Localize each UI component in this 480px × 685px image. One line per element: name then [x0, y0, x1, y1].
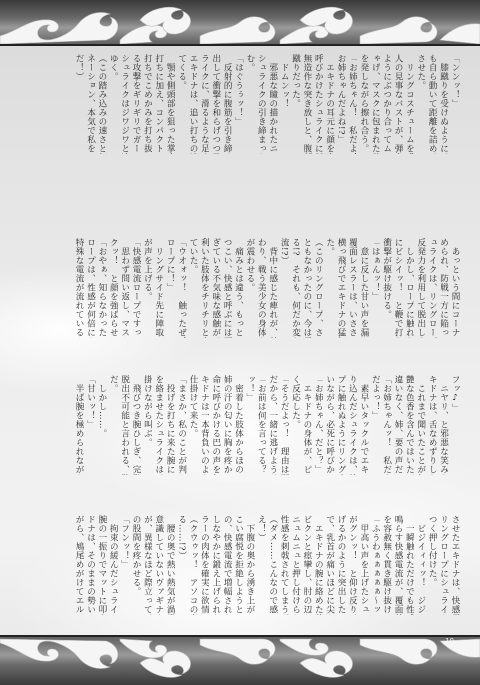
text-column: がグンッ！ と仰け反り、天を突き上 — [346, 515, 357, 615]
text-column: ッ！」 — [244, 375, 255, 475]
text-column: ビジイィィッ！ ジジイィィ～ッ！ — [414, 515, 425, 615]
text-column: 「お前は何を言ってる？ 試合中だぞ — [255, 375, 266, 475]
text-column: ともなかったのに、今は電気が流れて — [301, 238, 312, 338]
text-column: 仕掛けて来た。 — [187, 375, 198, 475]
text-column: 「お姉ちゃん、だと？」 — [312, 375, 323, 475]
text-column: これまで聞いたことが無いような妖 — [414, 375, 425, 475]
text-column: 姉の汗の匂いに胸を疼かせながら、懸 — [221, 375, 232, 475]
text-tier-2: あっという間にコーナーまで追い詰 められ、防戦一方に陥ってしまったシ ュライクは… — [52, 238, 460, 338]
text-column: 打ちでこめかみを打ち抜こうとしてく — [141, 54, 152, 154]
text-column: お姉ちゃんだよね!?」 — [335, 54, 346, 154]
text-column: ビクンと痙攣し、肘の辺りに秘部がム — [301, 515, 312, 615]
text-column: わり、戦う美少女の身体を妖しい波紋 — [255, 238, 266, 338]
text-column: リングコスチュームを盛り上げた二 — [403, 54, 414, 154]
text-column: を容赦無く貫き駆け抜ける。 — [380, 515, 391, 615]
text-column: 密着した肢体からほのかに香り立つ — [232, 375, 243, 475]
text-column: 半ば腕を極められながら身体を旋回 — [73, 375, 84, 475]
text-column: 一瞬触れただけでも性感神経を掻き — [403, 515, 414, 615]
text-tier-1: 「ンンッ！」 膝蹴りを受けぬように、シュライク も自ら動いて距離を詰め、身体を密… — [52, 54, 460, 154]
text-column: （クウゥッ！ アソコの奥が、震えて — [187, 515, 198, 615]
text-column: 利いた肢体をチリチリと火照らせ始め — [198, 238, 209, 338]
text-column: しかし、ロープに触れた瞬間、背中 — [403, 238, 414, 338]
text-column: エキドナの身体が、ピクッ、と小さ — [301, 375, 312, 475]
text-column: だ。 — [107, 375, 118, 475]
text-column: 邪悪な瞳の描かれたニーパッドが、 — [266, 54, 277, 154]
text-column: 下腹の奥から湧き上がってくる粘っ — [244, 515, 255, 615]
page-number: 10 — [445, 637, 454, 645]
text-column: しなやかに鍛え上げられた美少女レス — [209, 515, 220, 615]
text-column: 艶な色香を含んではいたが、それは間 — [403, 375, 414, 475]
text-column: が、異様なほど際立って、覆面美少女 — [141, 515, 152, 615]
text-column: の、快感電流で増幅された性感の炎は、 — [221, 515, 232, 615]
text-column: エキドナの腕に絡めた美脚もビクン — [312, 515, 323, 615]
text-column: ニヤリ、と邪悪な笑みを浮かべたエ — [437, 375, 448, 475]
text-column: 「ふうわぁぁぁぁぁ～ッ!!」 — [369, 515, 380, 615]
text-column: ロープは、性感が何倍にも増幅される — [84, 238, 95, 338]
text-column: つく押し付けた。 — [426, 515, 437, 615]
top-tribal-border — [0, 0, 480, 46]
text-column: く反応した。 — [289, 375, 300, 475]
text-column: ていた。 — [187, 238, 198, 338]
text-column: 出して衝撃を和らげつつ飛び退くシュ — [209, 54, 220, 154]
text-column: 腕の一振りでマットに叩き付けたエキ — [96, 515, 107, 615]
text-column: しかし……。 — [96, 375, 107, 475]
text-column: 命に呼びかける巴の声を無視して、エ — [209, 375, 220, 475]
text-column: を発しながら擦れ合う。 — [357, 54, 368, 154]
text-column: フッ♪」 — [449, 375, 460, 475]
text-column: 無造作な突き放しと、腹部への鋭い膝 — [301, 54, 312, 154]
text-column: プに触れぬようにリング中央で組み合 — [335, 375, 346, 475]
text-column: だから、一緒に逃げよう、ね!?」 — [266, 375, 277, 475]
text-column: 打ちに加え、コンパクトに振り抜く肘 — [152, 54, 163, 154]
text-column: 「はぁんッ！」 — [369, 238, 380, 338]
text-column: させた。 — [414, 54, 425, 154]
text-column: た。 — [323, 238, 334, 338]
text-column: 鳴らす快感電流が、覆面美少女の肢体 — [392, 515, 403, 615]
text-column: ゃげ、マスクに包まれた美貌が摩擦熱 — [369, 54, 380, 154]
text-column: む。 — [244, 54, 255, 154]
text-column: ドムンッ！ — [278, 54, 289, 154]
text-column: 反発力を利用して脱出しようとした。 — [414, 238, 425, 338]
text-column: げるかのように突出したバストの頂点 — [335, 515, 346, 615]
border-edge — [0, 44, 480, 46]
text-column: エキドナは、追い打ちの連打を仕掛け — [187, 54, 198, 154]
text-column: エキドナの耳元に顔を寄せ、必死に — [323, 54, 334, 154]
text-column: つこい、快感と呼ぶには悪意に満ちす — [221, 238, 232, 338]
text-column: てくる。 — [175, 54, 186, 154]
text-column: で、乳首が痛いほどに尖り勃った。 — [323, 515, 334, 615]
text-column: シュライクはジワジワと追い込まれて — [118, 54, 129, 154]
text-column: 「そうだよっ！ 理由は聞かないで — [278, 375, 289, 475]
text-column: させたエキドナは、快感電流の流れる — [449, 515, 460, 615]
text-column: 人の見事なバストが、弾力を競うかの — [392, 54, 403, 154]
text-column: 拘束の緩んだシュライクの身体を、 — [107, 515, 118, 615]
text-column: 思わず問い返し、マスクの下で、ギ — [118, 238, 129, 338]
text-column: が声を上げる。 — [141, 238, 152, 338]
text-column: キドナは、舌なめずりしながら言う。 — [426, 375, 437, 475]
text-column: 痛みとは違う、もっといやらしくす — [232, 238, 243, 338]
text-column: （この踏み込みの速さと打撃のコンビ — [96, 54, 107, 154]
text-column: る攻撃をギリギリでガードしながら、 — [130, 54, 141, 154]
text-column: 脱出不可能と言われる、強力な関節技 — [118, 375, 129, 475]
text-column: 投げを打ちに来た腕にスルリと美脚 — [164, 375, 175, 475]
text-tier-4: させたエキドナは、快感電流の流れる リングロープにシュライクの身体をき つく押し… — [52, 515, 460, 615]
text-column: 「お姉ちゃんッ！ 私だよ！ 巴、巴 — [380, 375, 391, 475]
text-column: （ダメ……こんなので感じちゃ、ダメ — [266, 515, 277, 615]
text-column: いながら、必死に呼びかける。 — [323, 375, 334, 475]
text-column: 「おやぁ、知らなかったのか？ その — [96, 238, 107, 338]
text-column: 衝撃が駆け抜ける。 — [380, 238, 391, 338]
text-column: 甲高い声を上げたシュライクの身体 — [357, 515, 368, 615]
text-column: 飛びつき腕ひしぎ、完璧に決まれば — [130, 375, 141, 475]
text-column: キドナは一本背負いのような投げ技を — [198, 375, 209, 475]
text-column: 「ンンッ！」 — [449, 54, 460, 154]
text-column: 意識していないヴァギナや子宮の存在 — [152, 515, 163, 615]
text-column: だよっ！」 — [369, 375, 380, 475]
text-column: ニュムニュと押し付けられて、余計に — [289, 515, 300, 615]
tribal-ornament-icon — [0, 0, 480, 46]
text-column: の股間を疼かせる。 — [130, 515, 141, 615]
text-column: クッ！ と顔を強ばらせる巴。 — [107, 238, 118, 338]
text-column: ライクに、滑るような足取りで迫った — [198, 54, 209, 154]
text-column: 「はぐうぅッ！」 — [232, 54, 243, 154]
text-column: ュライクは、リングロープに背を預け、 — [426, 238, 437, 338]
text-column: 流!?） — [278, 238, 289, 338]
text-column: も自ら動いて距離を詰め、身体を密着 — [426, 54, 437, 154]
bottom-tribal-border — [0, 635, 480, 685]
text-column: を絡ませたシュライクは、関節技を仕 — [152, 375, 163, 475]
text-column: ネーション、本気で私をＫＯする気 — [84, 54, 95, 154]
text-column: 違いなく、姉、要の声だった。 — [392, 375, 403, 475]
text-column: あっという間にコーナーまで追い詰 — [449, 238, 460, 338]
text-column: ロープに！」 — [164, 238, 175, 338]
text-column: 顎や側頭部を狙った掌底気味の平手 — [164, 54, 175, 154]
text-column: 背中に感じた痺れが、甘い疼きに変 — [266, 238, 277, 338]
text-tier-3: フッ♪」 ニヤリ、と邪悪な笑みを浮かべたエ キドナは、舌なめずりしながら言う。 … — [52, 375, 460, 475]
text-column: リングロープにシュライクの身体をき — [437, 515, 448, 615]
text-column: ゆく。 — [107, 54, 118, 154]
text-column: り込んだシュライクは、快感電流ロー — [346, 375, 357, 475]
text-column: 掛けながら叫ぶ。 — [141, 375, 152, 475]
text-column: 呼びかけたシュライクに対する返答は、 — [312, 54, 323, 154]
text-column: 意に反した甘い声を漏らしながらも、 — [357, 238, 368, 338]
text-column: ぎている不気味な感触が、メリハリの — [209, 238, 220, 338]
text-column: 蹴りだった。 — [289, 54, 300, 154]
text-column: る……!?） — [175, 515, 186, 615]
text-column: 「快感電流ロープですって!?」 — [130, 238, 141, 338]
text-column: ラーの肉体を確実に欲情させてゆく。 — [198, 515, 209, 615]
text-column: 腰の奥で熱い熱気が渦巻き、普段は — [164, 515, 175, 615]
text-column: （このリングロープ、さっきまでは何 — [312, 238, 323, 338]
text-column: リングサイド先に陣取っていた観客 — [152, 238, 163, 338]
text-column: え！） — [255, 515, 266, 615]
text-column: 横っ飛びでエキドナの猛打から脱出し — [335, 238, 346, 338]
text-column: められ、防戦一方に陥ってしまったシ — [437, 238, 448, 338]
text-column: がら、鳩尾めがけてエルボーを叩き込 — [73, 515, 84, 615]
text-column: 「甘いッ！」 — [84, 375, 95, 475]
text-column: こい腐悦を拒絶しようとしてみるもの — [232, 515, 243, 615]
text-column: だ！） — [73, 54, 84, 154]
text-column: 性感を刺戟されてしまう。 — [278, 515, 289, 615]
text-column: シュライクの引き締まった腹にめり込 — [255, 54, 266, 154]
tribal-ornament-icon — [0, 635, 480, 685]
text-column: 膝蹴りを受けぬように、シュライク — [437, 54, 448, 154]
text-column: 「まさか、私のことが判らないの!?」 — [175, 375, 186, 475]
text-column: にビシイッ！ と鞭で打たれたような — [392, 238, 403, 338]
text-column: 覆面レスラーは、いささかぎこちない — [346, 238, 357, 338]
text-column: 反射的に腹筋を引き締め、息を吐き — [221, 54, 232, 154]
text-column: ドナは、そのままの勢いで倒れ込みな — [84, 515, 95, 615]
text-column: 素早いタックルでエキドナの懐に潜 — [357, 375, 368, 475]
text-column: 「ウオォッ！ 触ったぜ！ 快感電流 — [175, 238, 186, 338]
text-column: 「フンッ！」 — [118, 515, 129, 615]
text-column: 「お姉ちゃん！ 私だよ！ 巴！ 要 — [346, 54, 357, 154]
text-column: 特殊な電流が流れているんだ。……フ — [73, 238, 84, 338]
text-column: る!? それも、何だか変な感じの電 — [289, 238, 300, 338]
text-column: ようにぶつかり合ってムニュリとひし — [380, 54, 391, 154]
text-column: が震わせる。 — [244, 238, 255, 338]
